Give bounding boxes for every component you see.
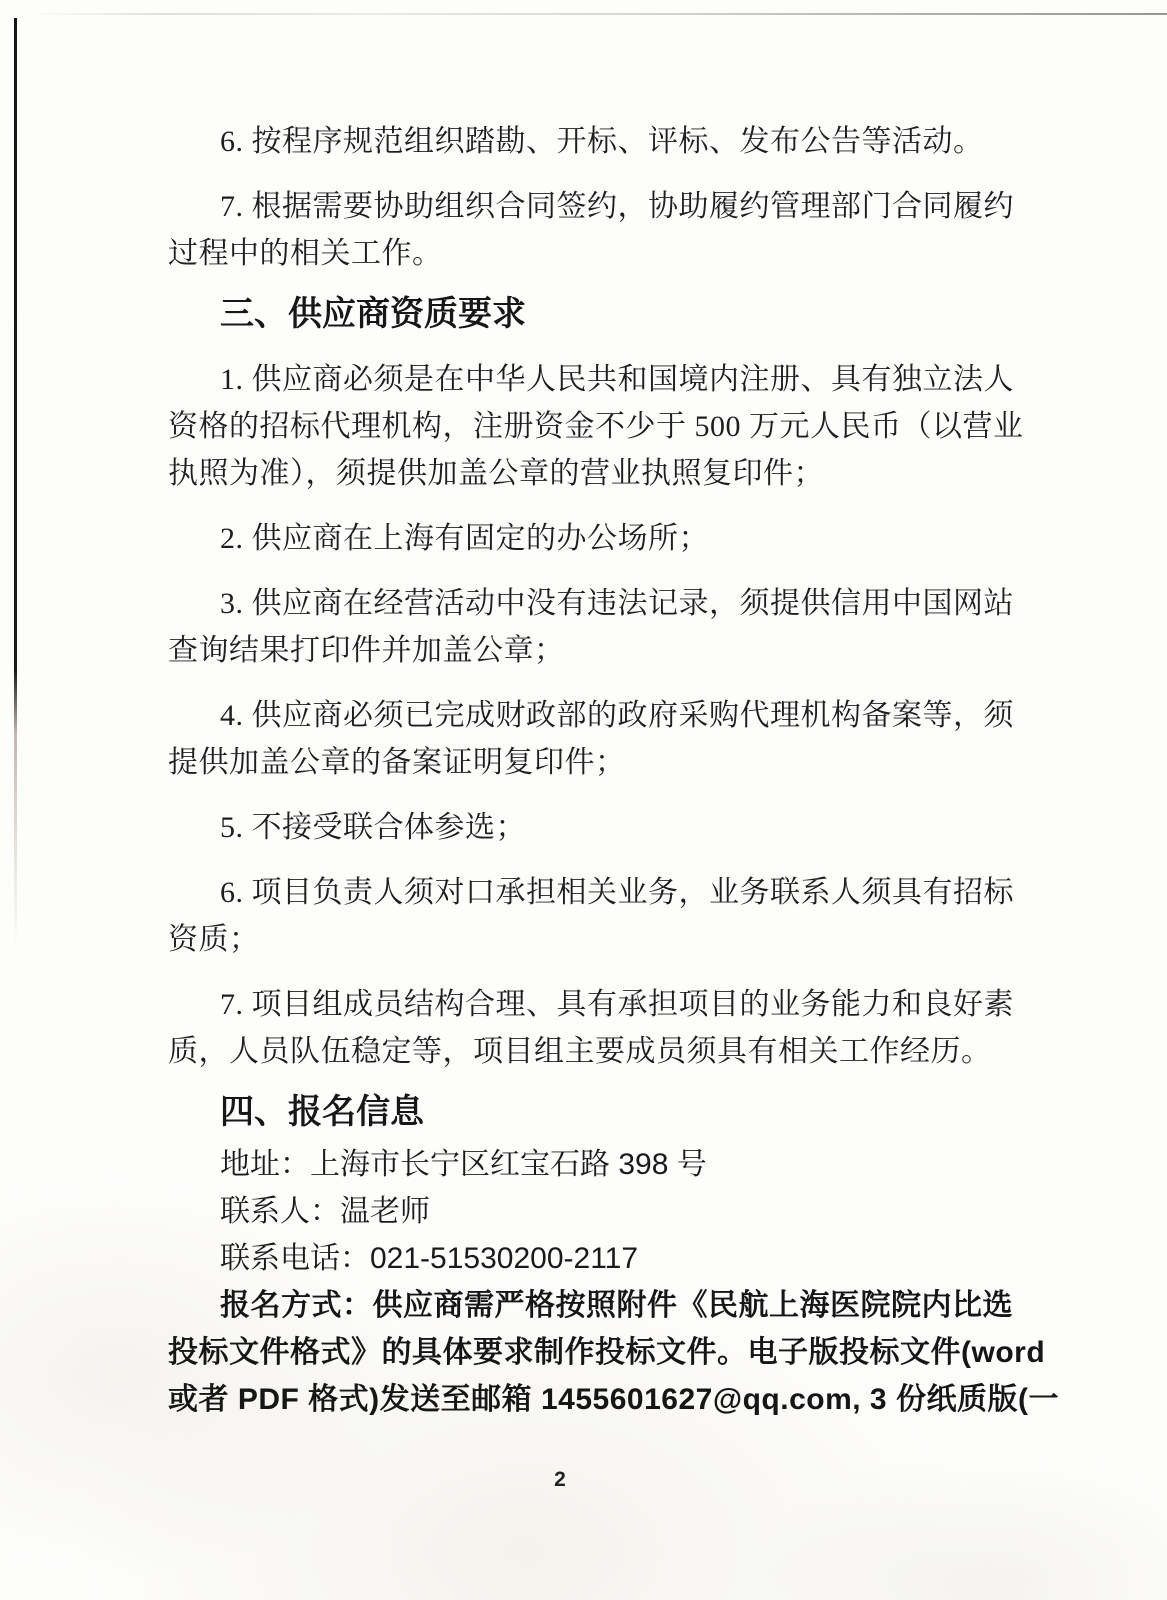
item-line: 6. 项目负责人须对口承担相关业务，业务联系人须具有招标 [168,869,998,916]
qualification-item-3: 3. 供应商在经营活动中没有违法记录，须提供信用中国网站 查询结果打印件并加盖公… [168,580,998,674]
contact-person-line: 联系人：温老师 [168,1188,998,1235]
item-line: 2. 供应商在上海有固定的办公场所； [168,515,998,562]
item-line: 6. 按程序规范组织踏勘、开标、评标、发布公告等活动。 [168,118,998,165]
section-heading-registration: 四、报名信息 [168,1088,998,1136]
qualification-item-5: 5. 不接受联合体参选； [168,804,998,851]
qualification-item-2: 2. 供应商在上海有固定的办公场所； [168,515,998,562]
registration-method-paragraph: 报名方式：供应商需严格按照附件《民航上海医院院内比选 投标文件格式》的具体要求制… [168,1282,998,1423]
method-line: 或者 PDF 格式)发送至邮箱 1455601627@qq.com, 3 份纸质… [168,1376,998,1423]
phone-line: 联系电话：021-51530200-2117 [168,1235,998,1282]
item-line: 7. 项目组成员结构合理、具有承担项目的业务能力和良好素 [168,981,998,1028]
scanned-document-page: 6. 按程序规范组织踏勘、开标、评标、发布公告等活动。 7. 根据需要协助组织合… [0,0,1167,1600]
qualification-item-1: 1. 供应商必须是在中华人民共和国境内注册、具有独立法人 资格的招标代理机构，注… [168,356,998,497]
qualification-item-7: 7. 项目组成员结构合理、具有承担项目的业务能力和良好素 质，人员队伍稳定等，项… [168,981,998,1075]
page-number: 2 [530,1468,590,1492]
section-heading-qualifications: 三、供应商资质要求 [168,290,998,338]
item-line: 3. 供应商在经营活动中没有违法记录，须提供信用中国网站 [168,580,998,627]
item-line: 资质； [168,916,998,963]
item-line: 资格的招标代理机构，注册资金不少于 500 万元人民币（以营业 [168,403,998,450]
item-line: 过程中的相关工作。 [168,230,998,277]
item-line: 质，人员队伍稳定等，项目组主要成员须具有相关工作经历。 [168,1028,998,1075]
qualification-item-4: 4. 供应商必须已完成财政部的政府采购代理机构备案等，须 提供加盖公章的备案证明… [168,692,998,786]
item-line: 执照为准），须提供加盖公章的营业执照复印件； [168,450,998,497]
item-line: 1. 供应商必须是在中华人民共和国境内注册、具有独立法人 [168,356,998,403]
item-line: 5. 不接受联合体参选； [168,804,998,851]
item-line: 查询结果打印件并加盖公章； [168,627,998,674]
item-line: 提供加盖公章的备案证明复印件； [168,739,998,786]
scan-artifact-top-line [28,13,1167,15]
list-item-7: 7. 根据需要协助组织合同签约，协助履约管理部门合同履约 过程中的相关工作。 [168,183,998,277]
address-line: 地址：上海市长宁区红宝石路 398 号 [168,1141,998,1188]
qualification-item-6: 6. 项目负责人须对口承担相关业务，业务联系人须具有招标 资质； [168,869,998,963]
method-line: 投标文件格式》的具体要求制作投标文件。电子版投标文件(word [168,1329,998,1376]
item-line: 4. 供应商必须已完成财政部的政府采购代理机构备案等，须 [168,692,998,739]
scan-artifact-left-line [14,18,17,948]
document-content: 6. 按程序规范组织踏勘、开标、评标、发布公告等活动。 7. 根据需要协助组织合… [168,118,998,1423]
method-line: 报名方式：供应商需严格按照附件《民航上海医院院内比选 [168,1282,998,1329]
item-line: 7. 根据需要协助组织合同签约，协助履约管理部门合同履约 [168,183,998,230]
list-item-6: 6. 按程序规范组织踏勘、开标、评标、发布公告等活动。 [168,118,998,165]
